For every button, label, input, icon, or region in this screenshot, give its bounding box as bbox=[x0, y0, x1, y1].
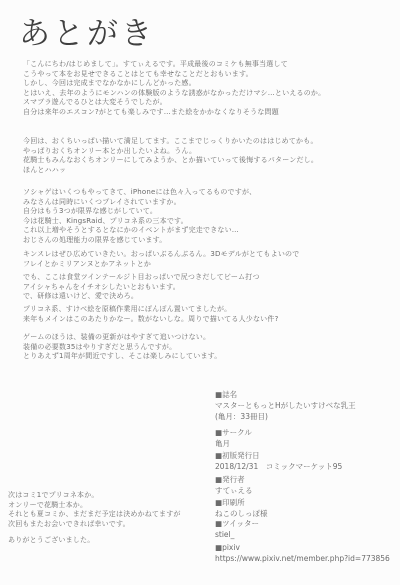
publish-date: 2018/12/31 コミックマーケット95 bbox=[215, 462, 342, 473]
text-line: オンリーで花騎士本か。 bbox=[8, 501, 181, 511]
text-line: ゲームのほうは、装備の更新がはやすぎて追いつけない。 bbox=[23, 333, 222, 343]
publisher-name: すてぃえる bbox=[215, 486, 253, 497]
colophon-entry-circle: ■サークル 亀月 bbox=[215, 428, 252, 450]
colophon-entry-twitter: ■ツイッター stiel_ bbox=[215, 519, 259, 541]
colophon-entry-publish-date: ■初版発行日 2018/12/31 コミックマーケット95 bbox=[215, 451, 342, 473]
colophon-entry-pixiv: ■pixiv https://www.pixiv.net/member.php?… bbox=[215, 543, 390, 565]
book-subtitle: (亀月：33冊目) bbox=[215, 412, 356, 423]
colophon-entry-printer: ■印刷所 ねこのしっぽ様 bbox=[215, 498, 268, 520]
text-line: 装備の必要数35はやりすぎだと思うんですが。 bbox=[23, 343, 222, 353]
text-line: 次はコミ1でプリコネ本か。 bbox=[8, 491, 181, 501]
colophon-label: ■ツイッター bbox=[215, 519, 259, 530]
colophon-label: ■印刷所 bbox=[215, 498, 268, 509]
twitter-handle: stiel_ bbox=[215, 530, 259, 541]
colophon-entry-publisher: ■発行者 すてぃえる bbox=[215, 475, 253, 497]
text-line: ありがとうございました。 bbox=[8, 536, 94, 546]
colophon-label: ■誌名 bbox=[215, 390, 356, 401]
page-title: あとがき bbox=[19, 8, 155, 53]
book-title: マスターともっとHがしたいすけべな乳王 bbox=[215, 401, 356, 412]
text-line: とりあえず1周年が間近ですし、そこは楽しみにしています。 bbox=[23, 352, 222, 362]
colophon: ■誌名 マスターともっとHがしたいすけべな乳王 (亀月：33冊目) ■サークル … bbox=[215, 0, 395, 585]
thanks-text: ありがとうございました。 bbox=[8, 536, 94, 546]
body-paragraph-7: ゲームのほうは、装備の更新がはやすぎて追いつけない。 装備の必要数35はやりすぎ… bbox=[23, 333, 222, 362]
printer-name: ねこのしっぽ様 bbox=[215, 509, 268, 520]
text-line: それとも夏コミか、まだまだ予定は決めかねてますが bbox=[8, 510, 181, 520]
colophon-label: ■pixiv bbox=[215, 543, 390, 554]
text-line: 次回もまたお会いできれば幸いです。 bbox=[8, 520, 181, 530]
pixiv-url: https://www.pixiv.net/member.php?id=7738… bbox=[215, 554, 390, 565]
closing-paragraph: 次はコミ1でプリコネ本か。 オンリーで花騎士本か。 それとも夏コミか、まだまだ予… bbox=[8, 491, 181, 529]
colophon-entry-title: ■誌名 マスターともっとHがしたいすけべな乳王 (亀月：33冊目) bbox=[215, 390, 356, 422]
circle-name: 亀月 bbox=[215, 439, 252, 450]
colophon-label: ■発行者 bbox=[215, 475, 253, 486]
colophon-label: ■初版発行日 bbox=[215, 451, 342, 462]
colophon-label: ■サークル bbox=[215, 428, 252, 439]
